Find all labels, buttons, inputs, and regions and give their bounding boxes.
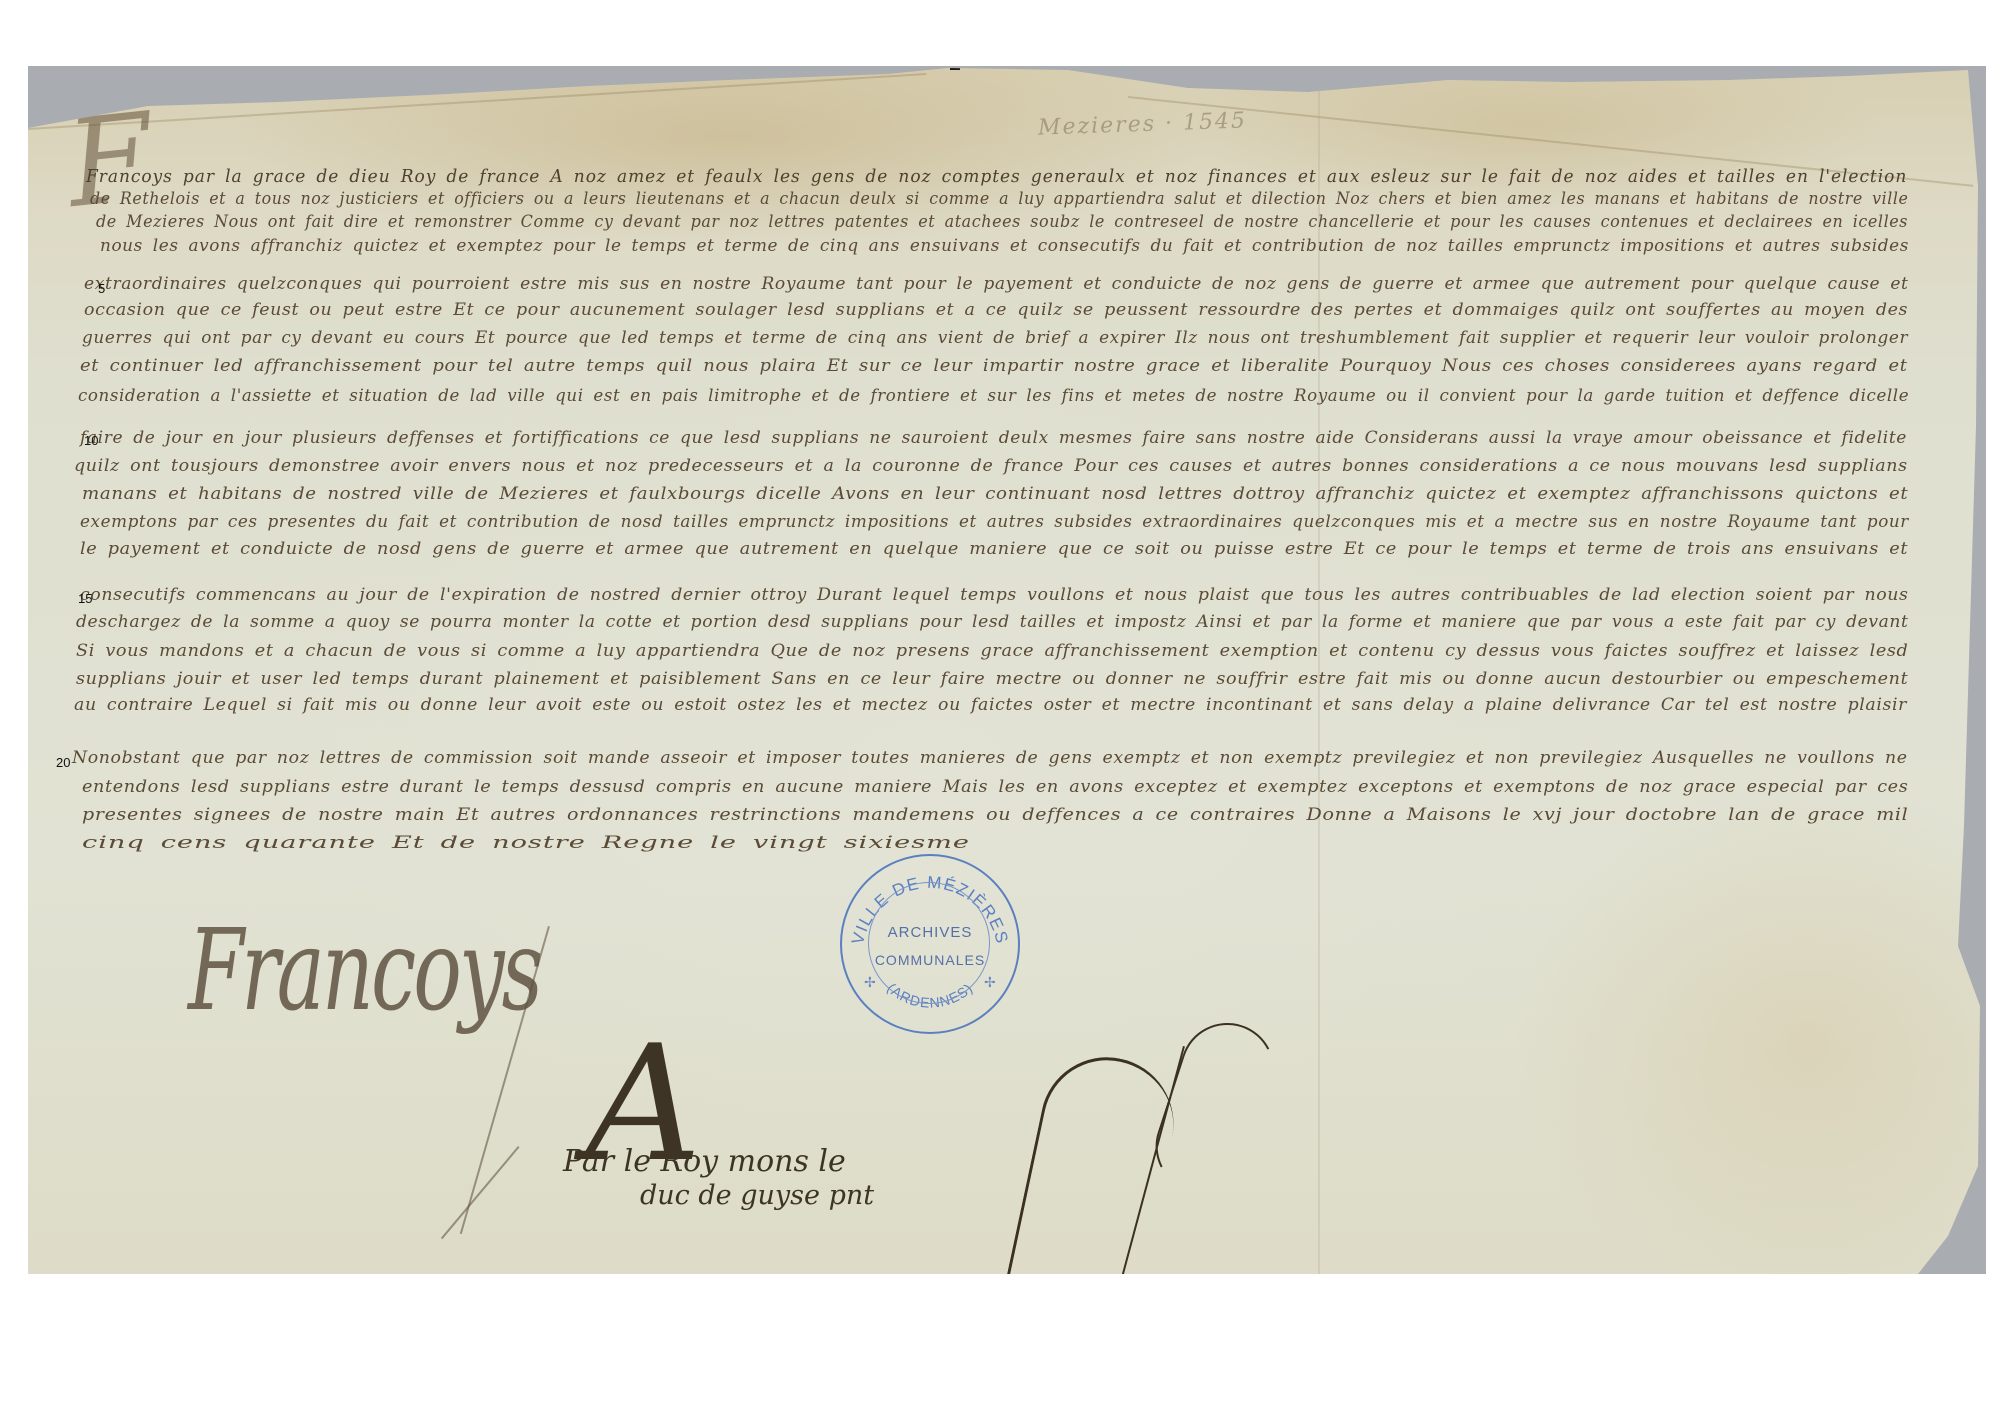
text-line-21: entendons lesd supplians estre durant le… [82, 777, 1908, 797]
stamp-label-archives: ARCHIVES [842, 924, 1018, 941]
charter-text: Francoys par la grace de dieu Roy de fra… [28, 66, 1986, 966]
text-line-13: exemptons par ces presentes du fait et c… [80, 512, 1909, 532]
countersign-line-1: Par le Roy mons le [563, 1144, 846, 1179]
text-line-16: deschargez de la somme a quoy se pourra … [76, 612, 1908, 632]
text-line-4: nous les avons affranchiz quictez et exe… [100, 236, 1909, 256]
countersign-line-2: duc de guyse pnt [640, 1180, 874, 1211]
text-line-18: supplians jouir et user led temps durant… [76, 669, 1908, 689]
text-line-5: extraordinaires quelzconques qui pourroi… [84, 274, 1909, 294]
text-line-3: de Mezieres Nous ont fait dire et remons… [96, 212, 1908, 232]
text-line-20: Nonobstant que par noz lettres de commis… [72, 748, 1908, 768]
royal-signature: Francoys [188, 906, 540, 1036]
scan-backdrop: Mezieres · 1545 F Francoys par la grace … [28, 66, 1986, 1274]
line-number-5: 5 [98, 281, 105, 296]
text-line-14: le payement et conduicte de nosd gens de… [80, 539, 1908, 559]
archive-stamp: VILLE DE MÉZIÈRES (ARDENNES) ARCHIVES CO… [840, 854, 1020, 1034]
parchment-sheet: Mezieres · 1545 F Francoys par la grace … [28, 66, 1986, 1274]
text-line-17: Si vous mandons et a chacun de vous si c… [76, 641, 1908, 661]
text-line-8: et continuer led affranchissement pour t… [80, 356, 1908, 376]
text-line-9: consideration a l'assiette et situation … [78, 386, 1909, 406]
text-line-23: cinq cens quarante Et de nostre Regne le… [82, 833, 970, 853]
stamp-cross-icon: ✢ [864, 974, 876, 991]
text-line-15: consecutifs commencans au jour de l'expi… [80, 585, 1909, 605]
text-line-7: guerres qui ont par cy devant eu cours E… [82, 328, 1908, 348]
text-line-6: occasion que ce feust ou peut estre Et c… [84, 300, 1908, 320]
text-line-12: manans et habitans de nostred ville de M… [82, 484, 1908, 504]
line-number-20: 20 [56, 755, 70, 770]
text-line-19: au contraire Lequel si fait mis ou donne… [74, 695, 1907, 715]
stamp-cross-icon: ✢ [984, 974, 996, 991]
stamp-label-communales: COMMUNALES [842, 952, 1018, 968]
line-number-10: 10 [84, 433, 98, 448]
line-number-15: 15 [78, 591, 92, 606]
stamp-inner-ring [868, 882, 990, 1004]
text-line-22: presentes signees de nostre main Et autr… [82, 805, 1908, 825]
text-line-10: faire de jour en jour plusieurs deffense… [80, 428, 1907, 448]
text-line-11: quilz ont tousjours demonstree avoir env… [74, 456, 1908, 476]
secretary-loop [1143, 1011, 1286, 1206]
text-line-2: de Rethelois et a tous noz justiciers et… [90, 189, 1908, 209]
text-line-1: Francoys par la grace de dieu Roy de fra… [86, 166, 1907, 187]
